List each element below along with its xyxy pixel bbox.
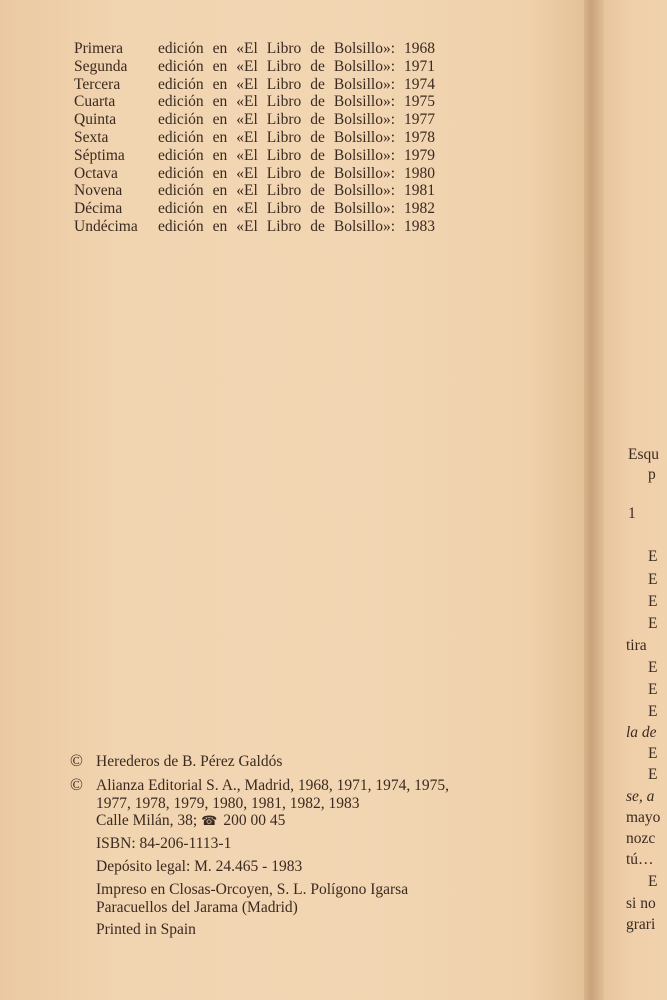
edition-word: Libro [267, 182, 301, 200]
copyright-publisher: ©Alianza Editorial S. A., Madrid, 1968, … [70, 776, 449, 795]
copyright-publisher-line1: Alianza Editorial S. A., Madrid, 1968, 1… [96, 777, 449, 794]
edition-word: de [310, 218, 325, 236]
colophon: ©Herederos de B. Pérez Galdós ©Alianza E… [70, 752, 449, 939]
edition-year: 1971 [404, 58, 435, 76]
edition-word: edición [158, 93, 204, 111]
printer-line1: Impreso en Closas-Orcoyen, S. L. Polígon… [70, 881, 449, 899]
edition-ordinal: Séptima [74, 147, 158, 165]
edition-word: edición [158, 40, 204, 58]
edition-year: 1977 [404, 111, 435, 129]
edition-row: Séptimaediciónen«ElLibrodeBolsillo»:1979 [74, 147, 435, 165]
printer-line2: Paracuellos del Jarama (Madrid) [70, 899, 449, 917]
edition-word: en [213, 218, 228, 236]
edition-row: Octavaediciónen«ElLibrodeBolsillo»:1980 [74, 165, 435, 183]
facing-page-text-fragment: Esqu [628, 446, 659, 464]
edition-ordinal: Octava [74, 165, 158, 183]
copyright-heirs: ©Herederos de B. Pérez Galdós [70, 752, 449, 771]
edition-word: edición [158, 111, 204, 129]
edition-word: de [310, 58, 325, 76]
edition-year: 1978 [404, 129, 435, 147]
edition-ordinal: Undécima [74, 218, 158, 236]
edition-word: «El [236, 58, 258, 76]
left-page: Primeraediciónen«ElLibrodeBolsillo»:1968… [0, 0, 586, 1000]
edition-word: Bolsillo»: [334, 182, 395, 200]
edition-word: Bolsillo»: [334, 40, 395, 58]
facing-page-text-fragment: E [648, 766, 657, 784]
edition-word: en [213, 165, 228, 183]
copyright-symbol-icon: © [70, 752, 96, 770]
edition-word: Bolsillo»: [334, 111, 395, 129]
facing-page-text-fragment: E [648, 571, 657, 589]
edition-row: Décimaediciónen«ElLibrodeBolsillo»:1982 [74, 200, 435, 218]
edition-word: de [310, 200, 325, 218]
edition-word: Libro [267, 58, 301, 76]
edition-year: 1975 [404, 93, 435, 111]
edition-year: 1980 [404, 165, 435, 183]
edition-word: Libro [267, 147, 301, 165]
edition-word: en [213, 76, 228, 94]
facing-page-text-fragment: nozc [626, 830, 655, 848]
facing-page-text-fragment: E [648, 681, 657, 699]
edition-word: «El [236, 111, 258, 129]
edition-word: edición [158, 76, 204, 94]
edition-word: «El [236, 182, 258, 200]
edition-word: edición [158, 182, 204, 200]
edition-word: Bolsillo»: [334, 147, 395, 165]
edition-row: Novenaediciónen«ElLibrodeBolsillo»:1981 [74, 182, 435, 200]
copyright-symbol-icon: © [70, 776, 96, 794]
edition-word: Libro [267, 218, 301, 236]
facing-page-text-fragment: E [648, 873, 657, 891]
publisher-address: Calle Milán, 38;☎200 00 45 [70, 812, 449, 830]
edition-word: Libro [267, 76, 301, 94]
edition-word: en [213, 200, 228, 218]
edition-word: en [213, 147, 228, 165]
edition-word: Bolsillo»: [334, 165, 395, 183]
edition-word: de [310, 182, 325, 200]
edition-ordinal: Novena [74, 182, 158, 200]
edition-word: Bolsillo»: [334, 200, 395, 218]
edition-word: «El [236, 165, 258, 183]
edition-word: edición [158, 218, 204, 236]
edition-year: 1982 [404, 200, 435, 218]
edition-word: edición [158, 200, 204, 218]
facing-page-text-fragment: E [648, 548, 657, 566]
edition-word: Bolsillo»: [334, 218, 395, 236]
edition-row: Undécimaediciónen«ElLibrodeBolsillo»:198… [74, 218, 435, 236]
edition-word: Libro [267, 93, 301, 111]
facing-page-text-fragment: E [648, 615, 657, 633]
edition-word: Libro [267, 165, 301, 183]
edition-word: «El [236, 40, 258, 58]
edition-word: en [213, 40, 228, 58]
edition-ordinal: Tercera [74, 76, 158, 94]
isbn: ISBN: 84-206-1113-1 [70, 835, 449, 853]
edition-row: Terceraediciónen«ElLibrodeBolsillo»:1974 [74, 76, 435, 94]
edition-word: en [213, 58, 228, 76]
edition-word: en [213, 129, 228, 147]
edition-row: Primeraediciónen«ElLibrodeBolsillo»:1968 [74, 40, 435, 58]
edition-word: Bolsillo»: [334, 58, 395, 76]
edition-word: de [310, 111, 325, 129]
edition-word: de [310, 93, 325, 111]
facing-page-text-fragment: se, a [626, 788, 654, 806]
edition-word: «El [236, 76, 258, 94]
facing-page-text-fragment: E [648, 745, 657, 763]
address-text: Calle Milán, 38; [96, 812, 197, 829]
edition-word: de [310, 129, 325, 147]
edition-word: Libro [267, 111, 301, 129]
facing-page-text-fragment: la de [626, 724, 657, 742]
edition-ordinal: Primera [74, 40, 158, 58]
facing-page-text-fragment: E [648, 659, 657, 677]
edition-word: «El [236, 93, 258, 111]
edition-word: «El [236, 200, 258, 218]
edition-year: 1981 [404, 182, 435, 200]
copyright-heirs-text: Herederos de B. Pérez Galdós [96, 753, 282, 770]
facing-page-text-fragment: E [648, 593, 657, 611]
edition-word: «El [236, 147, 258, 165]
edition-word: Libro [267, 200, 301, 218]
facing-page-text-fragment: tira [626, 637, 647, 655]
edition-word: Bolsillo»: [334, 76, 395, 94]
edition-year: 1979 [404, 147, 435, 165]
edition-year: 1974 [404, 76, 435, 94]
edition-word: «El [236, 129, 258, 147]
facing-page-text-fragment: si no [626, 895, 656, 913]
edition-word: en [213, 93, 228, 111]
edition-ordinal: Cuarta [74, 93, 158, 111]
facing-page-text-fragment: E [648, 703, 657, 721]
book-gutter [584, 0, 604, 1000]
copyright-years: 1977, 1978, 1979, 1980, 1981, 1982, 1983 [70, 795, 449, 813]
edition-word: Bolsillo»: [334, 129, 395, 147]
edition-word: Bolsillo»: [334, 93, 395, 111]
edition-year: 1968 [404, 40, 435, 58]
right-page: Esqup1EEEEtiraEEEla deEEse, amayonozctú…… [604, 0, 667, 1000]
phone-number: 200 00 45 [223, 812, 285, 829]
edition-row: Segundaediciónen«ElLibrodeBolsillo»:1971 [74, 58, 435, 76]
telephone-icon: ☎ [201, 813, 217, 828]
edition-word: Libro [267, 129, 301, 147]
edition-ordinal: Décima [74, 200, 158, 218]
facing-page-text-fragment: 1 [628, 505, 636, 523]
edition-word: de [310, 147, 325, 165]
facing-page-text-fragment: grari [626, 916, 655, 934]
edition-word: de [310, 76, 325, 94]
edition-word: Libro [267, 40, 301, 58]
facing-page-text-fragment: tú… [626, 851, 654, 869]
edition-word: edición [158, 165, 204, 183]
edition-row: Sextaediciónen«ElLibrodeBolsillo»:1978 [74, 129, 435, 147]
facing-page-text-fragment: p [648, 466, 656, 484]
edition-word: edición [158, 58, 204, 76]
edition-ordinal: Segunda [74, 58, 158, 76]
edition-history: Primeraediciónen«ElLibrodeBolsillo»:1968… [74, 40, 435, 236]
edition-word: edición [158, 147, 204, 165]
edition-ordinal: Sexta [74, 129, 158, 147]
printed-in: Printed in Spain [70, 921, 449, 939]
facing-page-text-fragment: mayo [626, 809, 660, 827]
edition-year: 1983 [404, 218, 435, 236]
edition-word: «El [236, 218, 258, 236]
edition-row: Cuartaediciónen«ElLibrodeBolsillo»:1975 [74, 93, 435, 111]
edition-word: de [310, 40, 325, 58]
legal-deposit: Depósito legal: M. 24.465 - 1983 [70, 858, 449, 876]
edition-word: edición [158, 129, 204, 147]
edition-word: en [213, 182, 228, 200]
edition-word: de [310, 165, 325, 183]
edition-ordinal: Quinta [74, 111, 158, 129]
edition-row: Quintaediciónen«ElLibrodeBolsillo»:1977 [74, 111, 435, 129]
edition-word: en [213, 111, 228, 129]
